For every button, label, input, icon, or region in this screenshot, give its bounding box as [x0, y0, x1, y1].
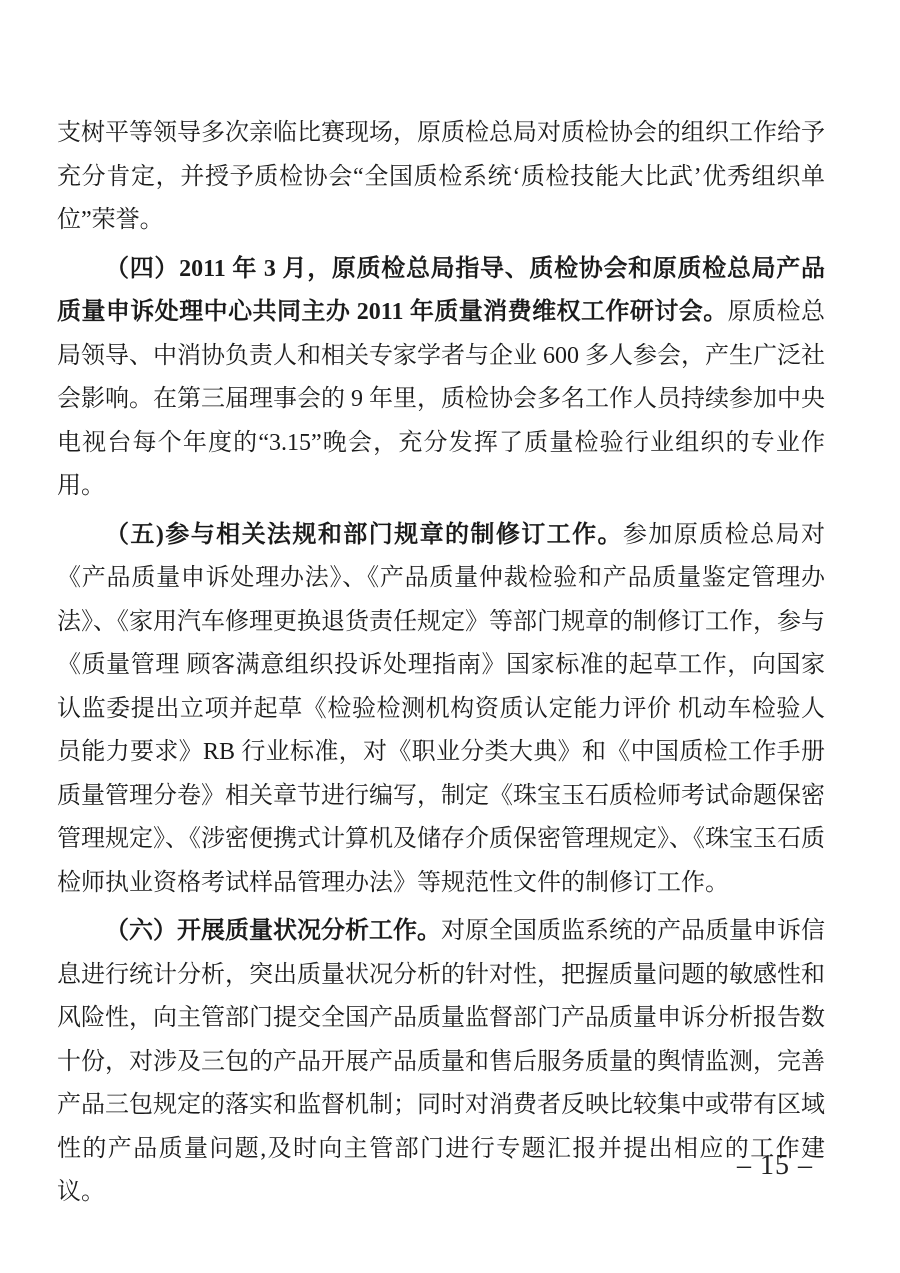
paragraph-continuation: 支树平等领导多次亲临比赛现场，原质检总局对质检协会的组织工作给予充分肯定，并授予… [57, 112, 825, 243]
document-body: 支树平等领导多次亲临比赛现场，原质检总局对质检协会的组织工作给予充分肯定，并授予… [57, 112, 825, 1215]
section-5-lead-bold-text: （五)参与相关法规和部门规章的制修订工作。 [105, 522, 623, 548]
paragraph-section-5: （五)参与相关法规和部门规章的制修订工作。参加原质检总局对《产品质量申诉处理办法… [57, 514, 825, 906]
paragraph-section-6: （六）开展质量状况分析工作。对原全国质监系统的产品质量申诉信息进行统计分析，突出… [57, 910, 825, 1215]
section-6-lead-bold-text: （六）开展质量状况分析工作。 [105, 918, 441, 944]
section-4-body-text: 原质检总局领导、中消协负责人和相关专家学者与企业 600 多人参会，产生广泛社会… [57, 299, 825, 499]
page-number: – 15 – [737, 1150, 813, 1182]
document-page: 支树平等领导多次亲临比赛现场，原质检总局对质检协会的组织工作给予充分肯定，并授予… [0, 0, 900, 1273]
section-5-body-text: 参加原质检总局对《产品质量申诉处理办法》、《产品质量仲裁检验和产品质量鉴定管理办… [57, 522, 825, 896]
section-4-lead-bold-text: （四）2011 年 3 月，原质检总局指导、质检协会和原质检总局产品质量申诉处理… [57, 256, 825, 326]
section-6-body-text: 对原全国质监系统的产品质量申诉信息进行统计分析，突出质量状况分析的针对性，把握质… [57, 918, 825, 1205]
paragraph-section-4: （四）2011 年 3 月，原质检总局指导、质检协会和原质检总局产品质量申诉处理… [57, 248, 825, 509]
paragraph-continuation-text: 支树平等领导多次亲临比赛现场，原质检总局对质检协会的组织工作给予充分肯定，并授予… [57, 120, 825, 233]
